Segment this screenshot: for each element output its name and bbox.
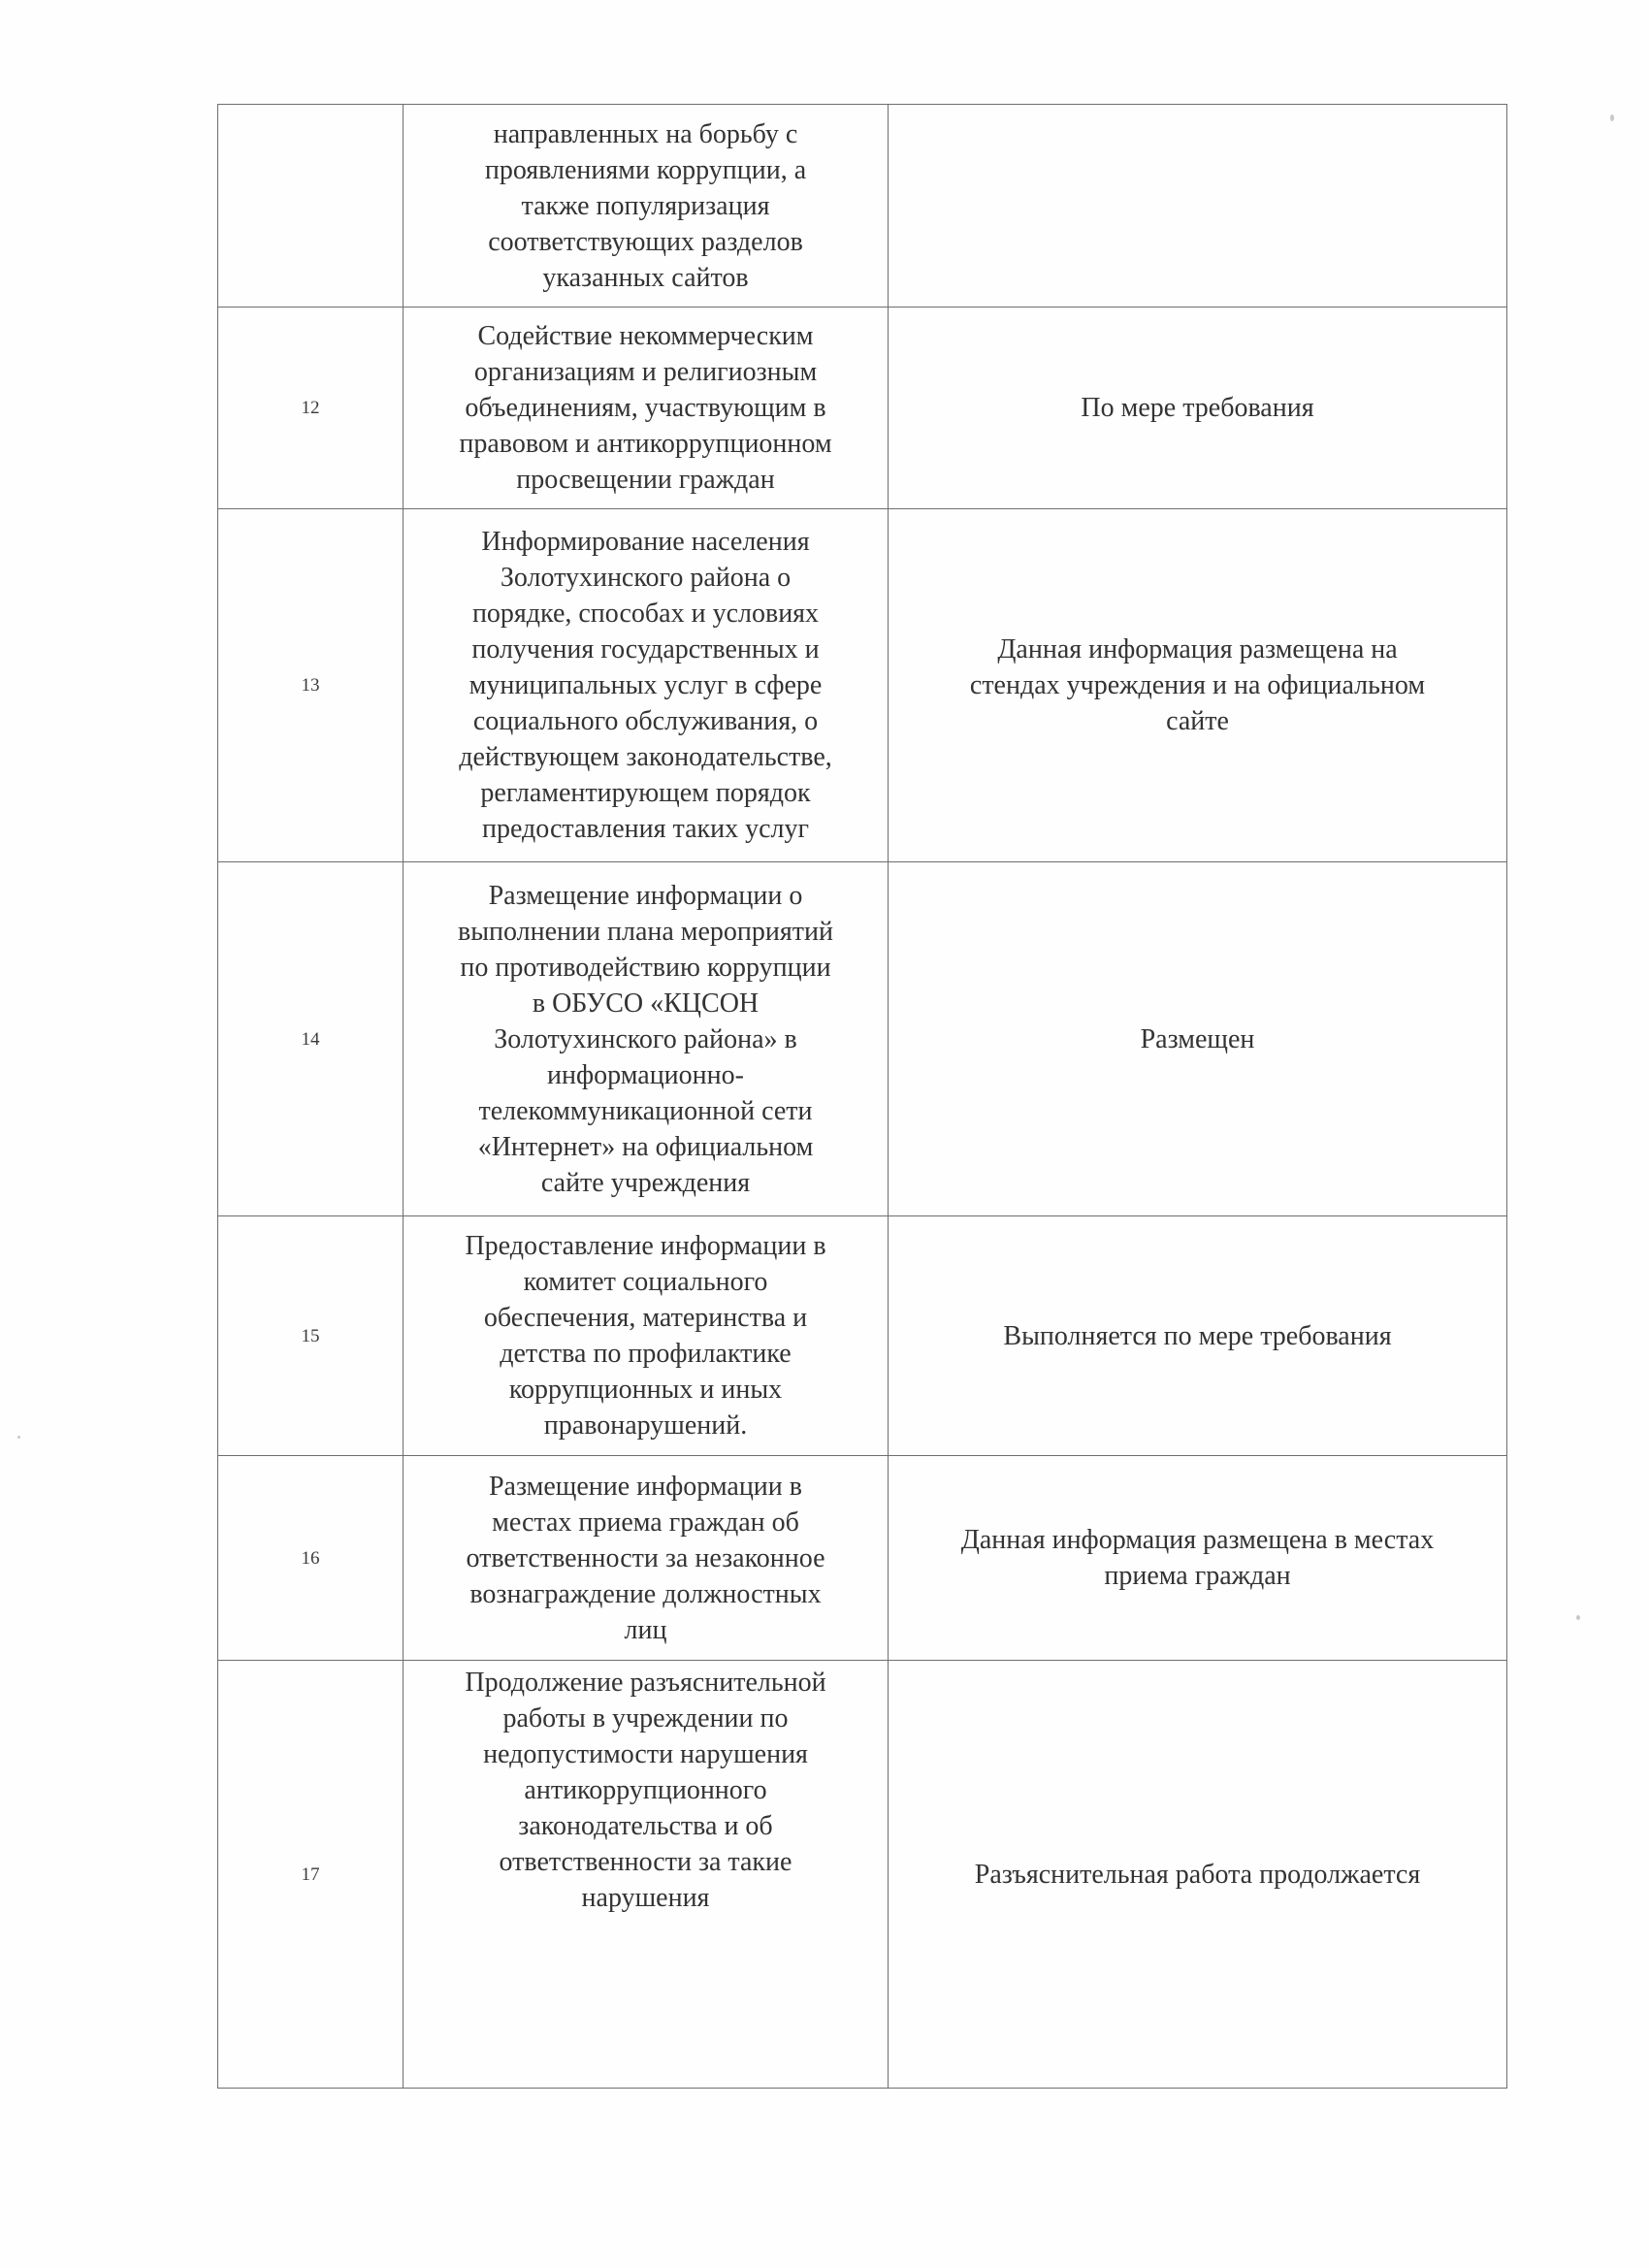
measure-text: Размещение информации о выполнении плана… <box>413 878 878 1201</box>
measure-cell: Продолжение разъяснительной работы в учр… <box>404 1661 889 2089</box>
table-row: 14 Размещение информации о выполнении пл… <box>218 862 1507 1216</box>
result-text: Выполняется по мере требования <box>898 1318 1497 1354</box>
row-number: 16 <box>302 1548 320 1569</box>
result-cell <box>889 105 1507 308</box>
result-cell: Разъяснительная работа продолжается <box>889 1661 1507 2089</box>
measure-text: Продолжение разъяснительной работы в учр… <box>413 1665 878 1916</box>
measure-text: Информирование населения Золотухинского … <box>413 524 878 847</box>
row-number-cell: 17 <box>218 1661 404 2089</box>
row-number-cell: 14 <box>218 862 404 1216</box>
table-row: направленных на борьбу с проявлениями ко… <box>218 105 1507 308</box>
result-cell: Данная информация размещена в местах при… <box>889 1456 1507 1661</box>
measure-cell: Информирование населения Золотухинского … <box>404 509 889 862</box>
scan-speck <box>17 1436 20 1439</box>
measure-cell: Содействие некоммерческим организациям и… <box>404 308 889 509</box>
measure-cell: направленных на борьбу с проявлениями ко… <box>404 105 889 308</box>
measures-table: направленных на борьбу с проявлениями ко… <box>217 104 1507 2089</box>
result-text: Данная информация размещена на стендах у… <box>898 632 1497 739</box>
row-number: 15 <box>302 1326 320 1346</box>
scanned-page: направленных на борьбу с проявлениями ко… <box>0 0 1649 2268</box>
row-number: 13 <box>302 675 320 696</box>
row-number: 17 <box>302 1864 320 1885</box>
measure-cell: Предоставление информации в комитет соци… <box>404 1216 889 1456</box>
result-text: Разъяснительная работа продолжается <box>898 1857 1497 1893</box>
measure-text: Предоставление информации в комитет соци… <box>413 1228 878 1443</box>
row-number-cell <box>218 105 404 308</box>
table-row: 15 Предоставление информации в комитет с… <box>218 1216 1507 1456</box>
row-number-cell: 15 <box>218 1216 404 1456</box>
scan-speck <box>1576 1615 1580 1620</box>
row-number-cell: 16 <box>218 1456 404 1661</box>
result-text: Размещен <box>898 1021 1497 1057</box>
measure-text: Содействие некоммерческим организациям и… <box>413 318 878 498</box>
table-row: 12 Содействие некоммерческим организация… <box>218 308 1507 509</box>
scan-speck <box>1610 114 1614 121</box>
measure-text: Размещение информации в местах приема гр… <box>413 1469 878 1648</box>
table-row: 13 Информирование населения Золотухинско… <box>218 509 1507 862</box>
measure-cell: Размещение информации о выполнении плана… <box>404 862 889 1216</box>
result-text: Данная информация размещена в местах при… <box>898 1522 1497 1594</box>
result-cell: Данная информация размещена на стендах у… <box>889 509 1507 862</box>
result-cell: Размещен <box>889 862 1507 1216</box>
result-cell: По мере требования <box>889 308 1507 509</box>
table-row: 17 Продолжение разъяснительной работы в … <box>218 1661 1507 2089</box>
result-text: По мере требования <box>898 390 1497 426</box>
table-row: 16 Размещение информации в местах приема… <box>218 1456 1507 1661</box>
row-number-cell: 12 <box>218 308 404 509</box>
row-number: 14 <box>302 1029 320 1050</box>
measure-cell: Размещение информации в местах приема гр… <box>404 1456 889 1661</box>
result-cell: Выполняется по мере требования <box>889 1216 1507 1456</box>
row-number-cell: 13 <box>218 509 404 862</box>
measure-text: направленных на борьбу с проявлениями ко… <box>413 116 878 296</box>
row-number: 12 <box>302 398 320 418</box>
